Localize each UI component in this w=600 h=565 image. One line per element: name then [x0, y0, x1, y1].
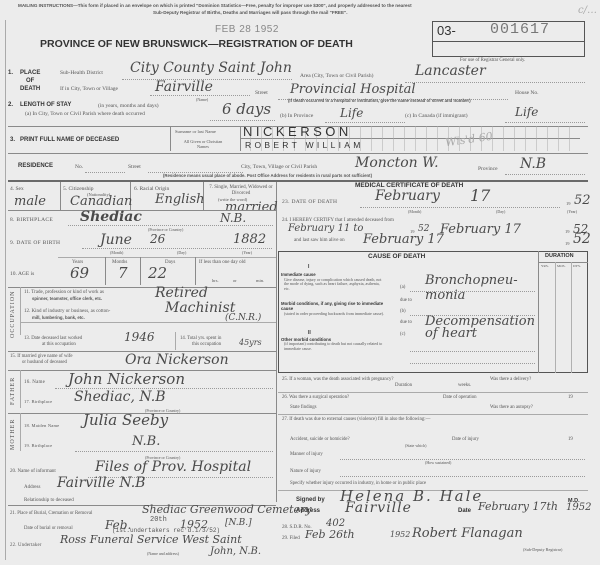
- cause-a-label: (a): [400, 285, 405, 290]
- last-worked-value[interactable]: 1946: [124, 330, 155, 344]
- part-two-numeral: II: [308, 330, 311, 336]
- industry-label: 12. Kind of industry or business, as cot…: [24, 309, 110, 314]
- q25-delivery: Was there a delivery?: [490, 377, 550, 383]
- sex-value[interactable]: male: [14, 194, 46, 209]
- attended-to-value[interactable]: February 17: [440, 222, 521, 237]
- length-of-stay-label: LENGTH OF STAY: [20, 102, 71, 108]
- full-name-number: 3.: [10, 137, 15, 143]
- informant-address-label: Address: [24, 485, 40, 490]
- birthplace-province[interactable]: N.B.: [220, 211, 246, 225]
- age-label: 10. AGE is: [10, 271, 34, 277]
- age-months-value[interactable]: 7: [118, 264, 128, 282]
- dod-year-hint: (Year): [567, 209, 577, 214]
- dob-month[interactable]: June: [100, 232, 132, 248]
- dob-month-hint: (Month): [110, 250, 123, 255]
- residence-note: (Residence means usual place of abode. P…: [163, 173, 372, 178]
- occupation-side-label: OCCUPATION: [10, 291, 16, 338]
- spouse-hint: or husband of deceased: [22, 360, 67, 365]
- length-of-stay-number: 2.: [8, 102, 13, 108]
- left-margin-line: [5, 20, 6, 560]
- stay-b-value[interactable]: Life: [340, 106, 363, 120]
- attended-to-year-prefix: 19: [565, 229, 570, 234]
- dob-day-hint: (Day): [177, 250, 186, 255]
- received-stamp-date: FEB 28 1952: [215, 24, 279, 35]
- death-registration-form: MAILING INSTRUCTIONS—This form if placed…: [0, 0, 600, 565]
- reg-box-divider: [432, 41, 585, 42]
- q26-year: 19: [568, 395, 573, 400]
- other-morbid-hint: (if important) contributing to death but…: [284, 342, 384, 351]
- name-hint: (Name): [196, 97, 208, 102]
- age-days-value[interactable]: 22: [148, 264, 167, 282]
- full-name-label: PRINT FULL NAME OF DECEASED: [20, 137, 119, 143]
- area-label: Area (City, Town or Civil Parish): [300, 73, 373, 79]
- residence-city-label: City, Town, Village or Civil Parish: [241, 164, 317, 170]
- q27-year: 19: [568, 437, 573, 442]
- father-birthplace-value[interactable]: Shediac, N.B: [74, 389, 166, 405]
- reg-prefix: 03-: [437, 23, 456, 38]
- q25-label: 25. If a woman, was the death associated…: [282, 377, 394, 382]
- date-of-death-month[interactable]: February: [375, 188, 440, 204]
- duration-days-header: DYS.: [573, 264, 581, 268]
- residence-province-value[interactable]: N.B: [520, 156, 546, 172]
- duration-months-header: MOS.: [557, 264, 565, 268]
- industry-hint: mill, lumbering, bank, etc.: [32, 315, 85, 320]
- dob-year[interactable]: 1882: [233, 232, 266, 247]
- burial-date-label: Date of burial or removal: [24, 526, 73, 531]
- corner-mark: c/…: [578, 5, 597, 16]
- q25-duration: Duration: [395, 383, 412, 388]
- less-than-one-day-label: If less than one day old: [199, 260, 246, 265]
- dob-year-hint: (Year): [242, 250, 252, 255]
- father-side-label: FATHER: [10, 377, 16, 405]
- stay-b-label: (b) In Province: [280, 113, 313, 119]
- form-title: PROVINCE OF NEW BRUNSWICK—REGISTRATION O…: [40, 38, 353, 50]
- last-saw-value[interactable]: February 17: [363, 232, 444, 247]
- undertaker-value-line2[interactable]: John, N.B.: [210, 546, 261, 557]
- city-town-village-label: If in City, Town or Village: [60, 86, 118, 92]
- street-value[interactable]: Provincial Hospital: [290, 82, 416, 97]
- birthplace-value[interactable]: Shediac: [80, 209, 142, 225]
- sex-label: 4. Sex: [10, 186, 24, 192]
- undertaker-value[interactable]: Ross Funeral Service West Saint: [60, 533, 242, 546]
- total-years-value[interactable]: 45yrs: [239, 338, 262, 347]
- cause-of-death-heading: CAUSE OF DEATH: [368, 253, 425, 260]
- date-of-death-year-prefix: 19: [566, 201, 571, 206]
- spouse-label: 15. If married give name of wife: [10, 354, 72, 359]
- father-birthplace-label: 17. Birthplace: [24, 399, 52, 404]
- reg-number: 001617: [490, 21, 550, 38]
- dod-month-hint: (Month): [408, 209, 421, 214]
- area-value[interactable]: Lancaster: [415, 63, 486, 79]
- date-of-death-year[interactable]: 52: [574, 193, 591, 208]
- citizenship-value[interactable]: Canadian: [70, 194, 132, 209]
- or-label: or: [233, 278, 237, 283]
- birthplace-label: 8. BIRTHPLACE: [10, 217, 53, 223]
- mailing-instructions-line1: MAILING INSTRUCTIONS—This form if placed…: [18, 3, 412, 8]
- cause-a-value[interactable]: Bronchopneu-: [425, 273, 518, 288]
- mother-side-label: MOTHER: [10, 419, 16, 450]
- q27-how-sustained: (How sustained): [425, 460, 451, 465]
- last-saw-year[interactable]: 52: [573, 231, 591, 247]
- signature-address-label: Address: [296, 508, 320, 514]
- cause-c-label: (c): [400, 332, 405, 337]
- given-names-label: All Given or Christian Names: [183, 139, 223, 149]
- last-worked-hint: at this occupation: [42, 342, 76, 347]
- place-of-death-number: 1.: [8, 70, 13, 76]
- q27-label: 27. If death was due to external causes …: [282, 417, 430, 422]
- mother-maiden-value[interactable]: Julia Seeby: [83, 411, 168, 429]
- part-one-numeral: I: [308, 264, 309, 270]
- last-saw-year-prefix: 19: [565, 241, 570, 246]
- residence-no-label: No.: [75, 164, 83, 170]
- signature-date-year[interactable]: 1952: [566, 502, 591, 513]
- registrar-signature[interactable]: Robert Flanagan: [412, 526, 523, 541]
- q26-findings: State findings: [290, 405, 317, 410]
- date-of-birth-label: 9. DATE OF BIRTH: [10, 240, 60, 246]
- q27-state-which: (State which): [405, 443, 426, 448]
- father-name-label: 16. Name: [24, 380, 45, 385]
- q27-manner: Manner of injury: [290, 452, 323, 457]
- trade-value[interactable]: Retired: [155, 285, 208, 301]
- undertaker-label: 22. Undertaker: [10, 543, 42, 548]
- age-years-value[interactable]: 69: [70, 264, 89, 282]
- q27-accident: Accident, suicide or homicide?: [290, 437, 350, 442]
- min-label: min.: [256, 278, 264, 283]
- filed-value[interactable]: Feb 26th: [305, 528, 355, 541]
- spouse-value[interactable]: Ora Nickerson: [125, 352, 229, 368]
- surname-value[interactable]: NICKERSON: [243, 124, 352, 139]
- filed-year[interactable]: 1952: [390, 530, 410, 539]
- place-label-3: DEATH: [20, 86, 40, 92]
- sub-health-district-value[interactable]: City County Saint John: [130, 60, 292, 76]
- due-to-1-value[interactable]: monia: [425, 288, 465, 303]
- hospital-note: (If death occurred in a hospital or inst…: [288, 98, 471, 103]
- street-label: Street: [255, 90, 268, 96]
- trade-label: 11. Trade, profession or kind of work as: [24, 290, 104, 295]
- mother-birthplace-label: 19. Birthplace: [24, 443, 52, 448]
- residence-city-value[interactable]: Moncton W.: [355, 155, 439, 171]
- q26-date: Date of operation: [443, 395, 477, 400]
- mailing-instructions-line2: Sub-Deputy Registrar of Births, Deaths a…: [153, 10, 348, 15]
- cause-c-value-line2[interactable]: of heart: [425, 326, 477, 341]
- trade-hint: spinner, teamster, office clerk, etc.: [32, 296, 102, 301]
- sub-health-district-label: Sub-Health District: [60, 70, 103, 76]
- duration-heading: DURATION: [545, 253, 574, 259]
- city-town-village-value[interactable]: Fairville: [155, 79, 213, 95]
- residence-street-label: Street: [128, 164, 141, 170]
- total-years-label: 14. Total yrs. spent in: [180, 336, 221, 341]
- relationship-label: Relationship to deceased: [24, 498, 74, 503]
- stay-c-value[interactable]: Life: [515, 105, 538, 119]
- given-names-value[interactable]: ROBERT WILLIAM: [245, 140, 364, 150]
- sub-deputy-registrar-label: (Sub-Deputy Registrar): [523, 547, 562, 552]
- signed-by-label: Signed by: [296, 497, 325, 503]
- filed-label: 29. Filed: [282, 536, 300, 541]
- informant-address-value[interactable]: Fairville N.B: [57, 475, 145, 491]
- stay-a-value[interactable]: 6 days: [222, 100, 271, 118]
- q27-nature: Nature of injury: [290, 469, 321, 474]
- cause-b-label: (b): [400, 309, 406, 314]
- morbid-conditions-hint: (stated in order proceeding backwards fr…: [284, 312, 384, 317]
- date-of-death-day[interactable]: 17: [470, 186, 490, 205]
- q27-date-of-injury: Date of injury: [452, 437, 479, 442]
- due-to-2-label: due to: [400, 320, 412, 325]
- residence-province-label: Province: [478, 166, 498, 172]
- informant-name-value[interactable]: Files of Prov. Hospital: [95, 459, 251, 475]
- burial-date-day[interactable]: 20th: [150, 516, 167, 524]
- total-years-hint: this occupation: [192, 342, 221, 347]
- immediate-cause-hint: Give disease, injury or complication whi…: [284, 278, 384, 291]
- due-to-1-label: due to: [400, 298, 412, 303]
- burial-place-label: 21. Place of Burial, Cremation or Remova…: [10, 511, 92, 516]
- signature-address-value[interactable]: Fairville: [345, 500, 412, 516]
- place-label-2: OF: [26, 78, 34, 84]
- q25-weeks: weeks.: [458, 383, 471, 388]
- residence-label: RESIDENCE: [18, 163, 53, 169]
- informant-name-label: 20. Name of informant: [10, 469, 56, 474]
- marital-status-label: 7. Single, Married, Widowed or Divorced: [206, 185, 276, 196]
- place-label-1: PLACE: [20, 70, 40, 76]
- dod-day-hint: (Day): [496, 209, 505, 214]
- q27-specify: Specify whether injury occurred in indus…: [290, 481, 426, 486]
- burial-date-extra[interactable]: [N.B.]: [225, 518, 252, 528]
- burial-place-value[interactable]: Shediac Greenwood Cemetery: [142, 503, 312, 516]
- date-of-death-label: 23. DATE OF DEATH: [282, 199, 337, 205]
- house-no-label: House No.: [515, 90, 539, 96]
- mother-birthplace-value[interactable]: N.B.: [132, 434, 160, 449]
- signature-date-value[interactable]: February 17th: [478, 500, 558, 513]
- hrs-label: hrs.: [212, 278, 219, 283]
- last-saw-label: and last saw him alive on: [294, 238, 345, 243]
- stay-c-label: (c) In Canada (if immigrant): [405, 113, 468, 119]
- undertaker-hint: (Name and address): [147, 551, 179, 556]
- attended-from-value[interactable]: February 11 to: [288, 223, 363, 234]
- length-of-stay-hint: (in years, months and days): [98, 103, 159, 109]
- last-worked-label: 13. Date deceased last worked: [24, 336, 82, 341]
- racial-origin-value[interactable]: English: [155, 192, 205, 207]
- q26-label: 26. Was there a surgical operation?: [282, 395, 349, 400]
- mother-maiden-label: 18. Maiden Name: [24, 423, 59, 428]
- duration-years-header: YRS.: [541, 264, 549, 268]
- dob-day[interactable]: 26: [150, 232, 165, 246]
- stay-a-label: (a) In City, Town or Civil Parish where …: [25, 111, 145, 117]
- surname-label: Surname or last Name: [175, 129, 216, 134]
- signature-date-label: Date: [458, 508, 471, 514]
- q26-autopsy: Was there an autopsy?: [490, 405, 533, 410]
- father-name-value[interactable]: John Nickerson: [68, 370, 185, 388]
